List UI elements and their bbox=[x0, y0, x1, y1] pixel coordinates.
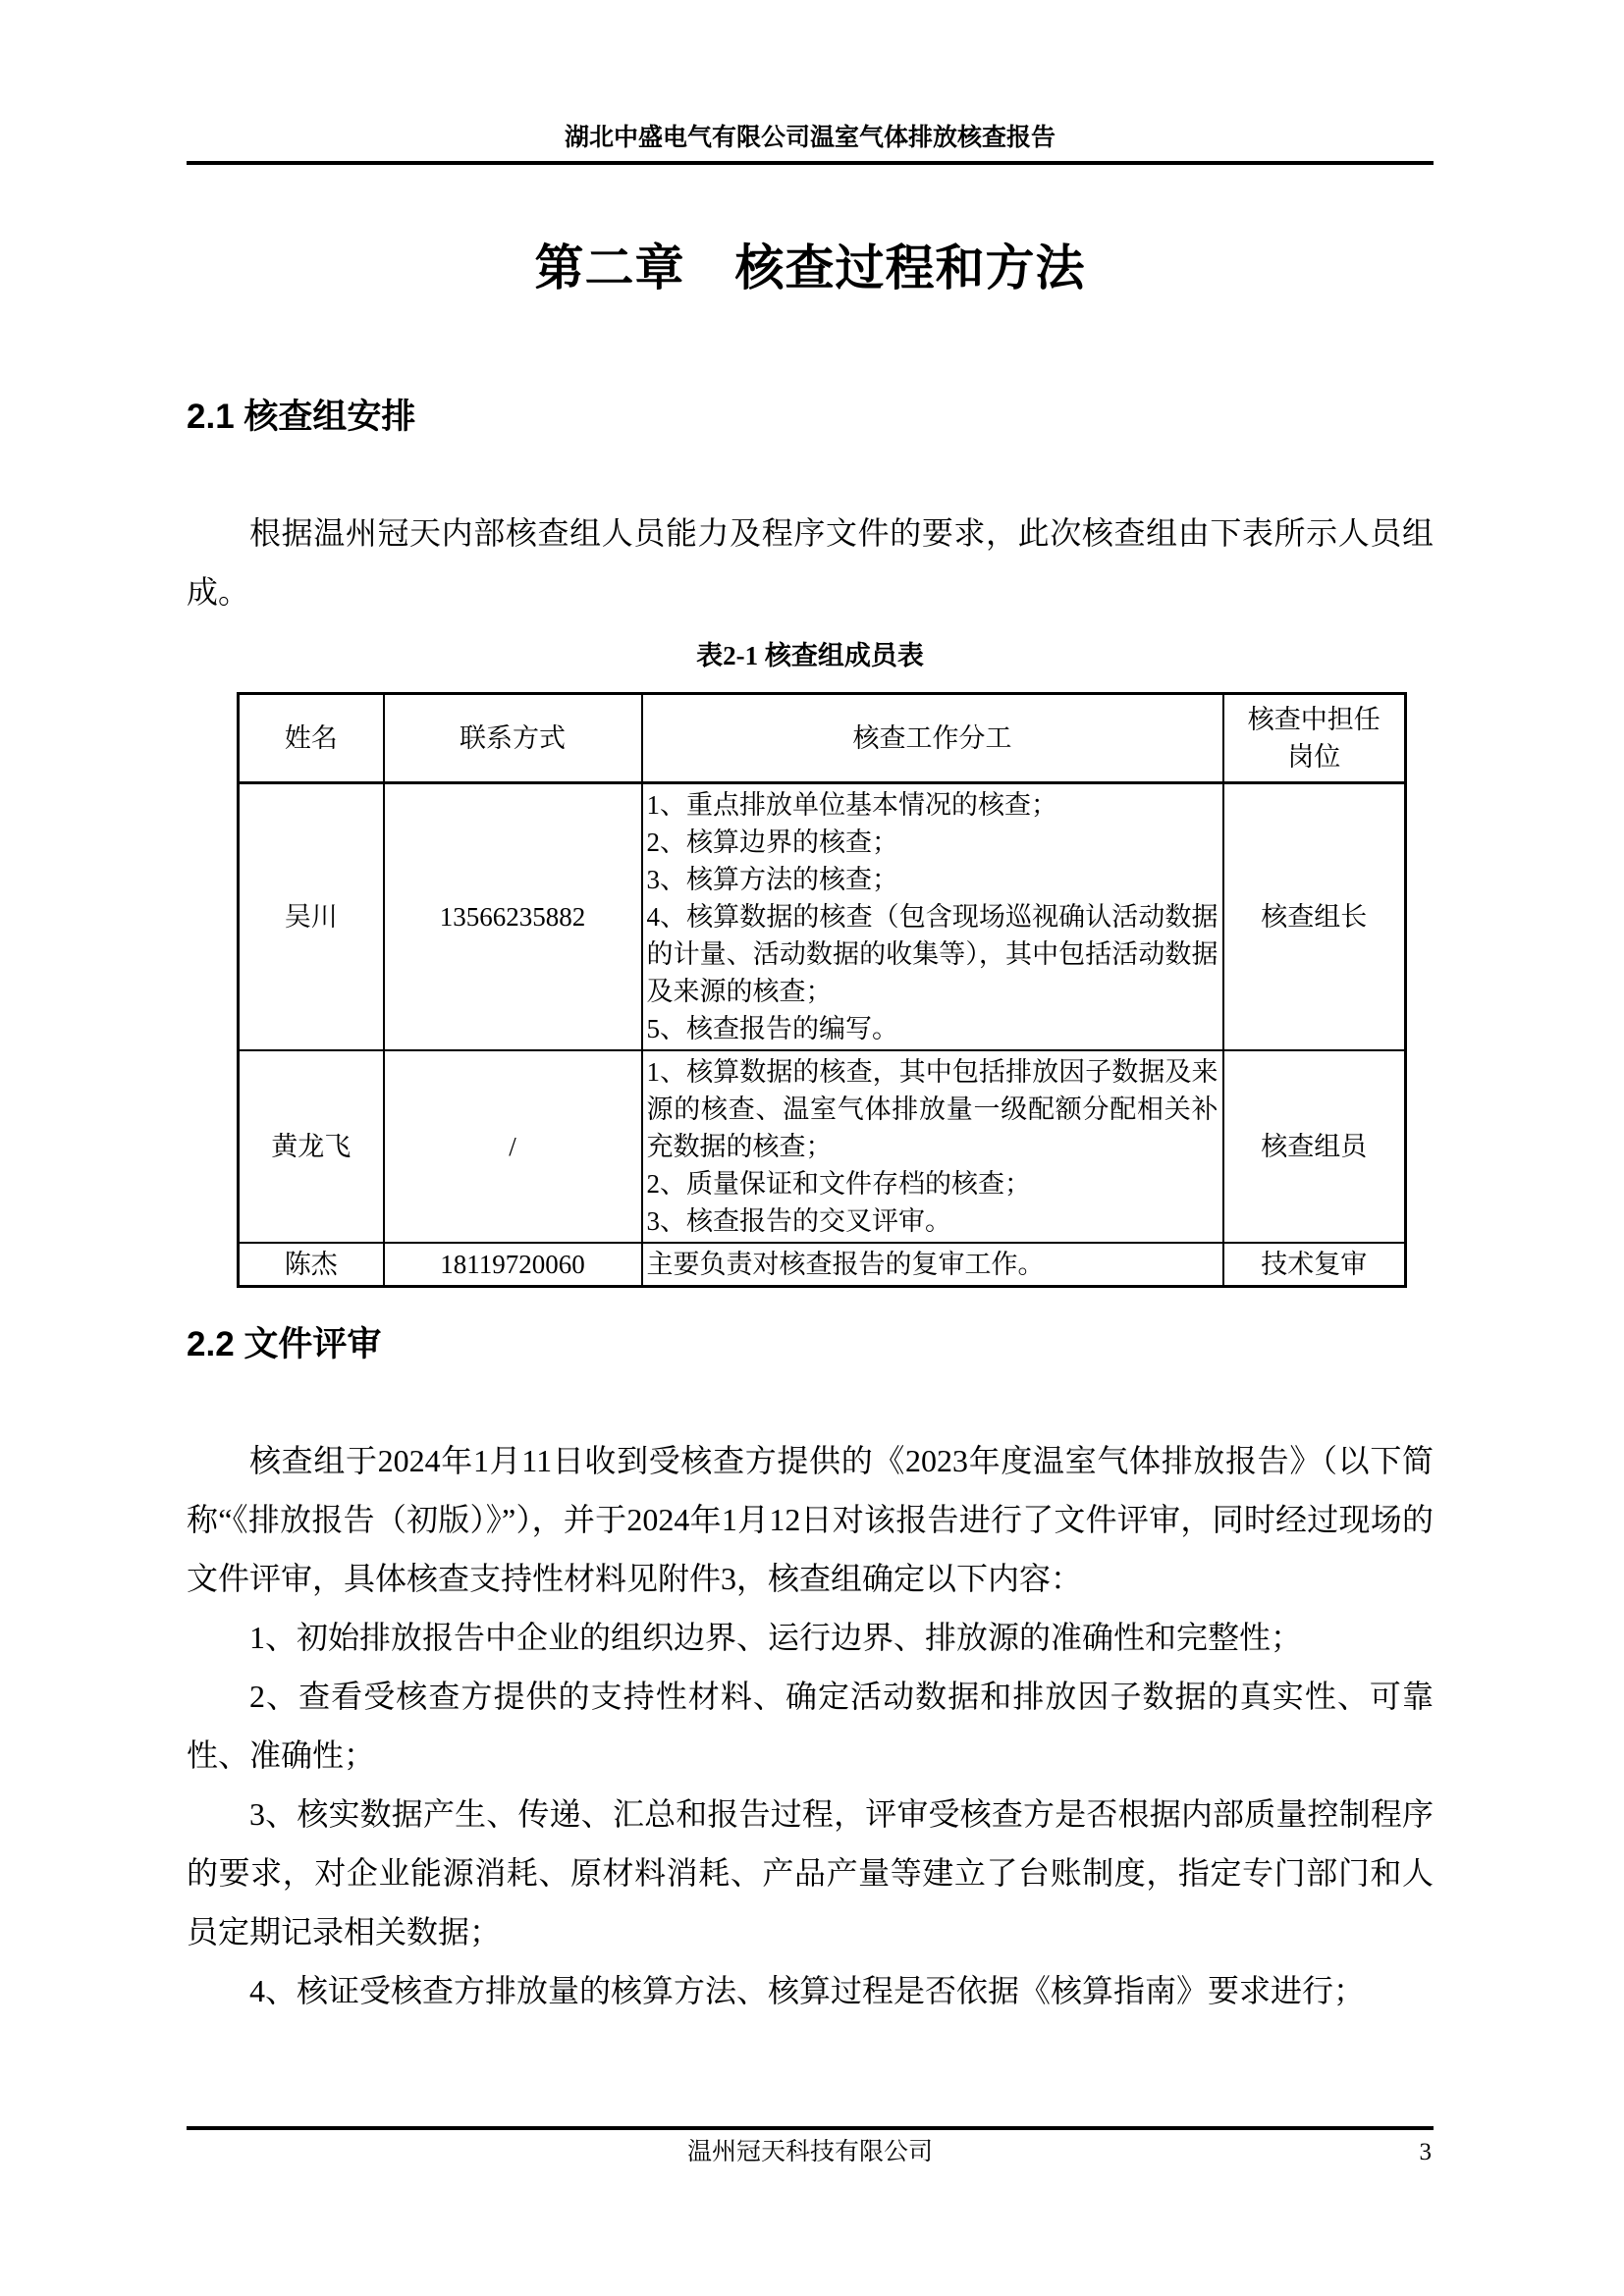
header-divider bbox=[187, 161, 1434, 165]
table-row: 吴川 13566235882 1、重点排放单位基本情况的核查； 2、核算边界的核… bbox=[239, 783, 1406, 1051]
table-row: 黄龙飞 / 1、核算数据的核查，其中包括排放因子数据及来源的核查、温室气体排放量… bbox=[239, 1050, 1406, 1243]
page-number: 3 bbox=[1420, 2137, 1433, 2168]
page-footer: 温州冠天科技有限公司 3 bbox=[187, 2126, 1434, 2168]
running-header-title: 湖北中盛电气有限公司温室气体排放核查报告 bbox=[187, 0, 1434, 153]
member-name: 吴川 bbox=[239, 783, 384, 1051]
member-duties: 主要负责对核查报告的复审工作。 bbox=[642, 1243, 1223, 1287]
member-name: 陈杰 bbox=[239, 1243, 384, 1287]
section-heading-2-1: 2.1 核查组安排 bbox=[187, 396, 1434, 439]
column-header-role: 核查中担任 岗位 bbox=[1223, 694, 1406, 783]
table-header-row: 姓名 联系方式 核查工作分工 核查中担任 岗位 bbox=[239, 694, 1406, 783]
column-header-name: 姓名 bbox=[239, 694, 384, 783]
page-content: 湖北中盛电气有限公司温室气体排放核查报告 第二章 核查过程和方法 2.1 核查组… bbox=[187, 0, 1434, 2020]
footer-divider bbox=[187, 2126, 1434, 2130]
member-contact: / bbox=[384, 1050, 642, 1243]
table-row: 陈杰 18119720060 主要负责对核查报告的复审工作。 技术复审 bbox=[239, 1243, 1406, 1287]
document-page: 湖北中盛电气有限公司温室气体排放核查报告 第二章 核查过程和方法 2.1 核查组… bbox=[0, 0, 1624, 2296]
member-contact: 13566235882 bbox=[384, 783, 642, 1051]
column-header-duties: 核查工作分工 bbox=[642, 694, 1223, 783]
numbered-item-4: 4、核证受核查方排放量的核算方法、核算过程是否依据《核算指南》要求进行； bbox=[187, 1961, 1434, 2020]
table-caption: 表2-1 核查组成员表 bbox=[187, 639, 1434, 672]
numbered-item-3: 3、核实数据产生、传递、汇总和报告过程，评审受核查方是否根据内部质量控制程序的要… bbox=[187, 1785, 1434, 1961]
footer-row: 温州冠天科技有限公司 3 bbox=[187, 2137, 1434, 2168]
chapter-title: 第二章 核查过程和方法 bbox=[187, 239, 1434, 297]
footer-company-name: 温州冠天科技有限公司 bbox=[187, 2137, 1434, 2168]
member-contact: 18119720060 bbox=[384, 1243, 642, 1287]
member-role: 技术复审 bbox=[1223, 1243, 1406, 1287]
numbered-item-2: 2、查看受核查方提供的支持性材料、确定活动数据和排放因子数据的真实性、可靠性、准… bbox=[187, 1667, 1434, 1785]
member-name: 黄龙飞 bbox=[239, 1050, 384, 1243]
section-2-2-paragraph: 核查组于2024年1月11日收到受核查方提供的《2023年度温室气体排放报告》（… bbox=[187, 1431, 1434, 1608]
numbered-item-1: 1、初始排放报告中企业的组织边界、运行边界、排放源的准确性和完整性； bbox=[187, 1608, 1434, 1667]
section-2-1-paragraph: 根据温州冠天内部核查组人员能力及程序文件的要求，此次核查组由下表所示人员组成。 bbox=[187, 504, 1434, 621]
member-role: 核查组员 bbox=[1223, 1050, 1406, 1243]
member-duties: 1、核算数据的核查，其中包括排放因子数据及来源的核查、温室气体排放量一级配额分配… bbox=[642, 1050, 1223, 1243]
column-header-contact: 联系方式 bbox=[384, 694, 642, 783]
section-heading-2-2: 2.2 文件评审 bbox=[187, 1323, 1434, 1366]
member-role: 核查组长 bbox=[1223, 783, 1406, 1051]
member-duties: 1、重点排放单位基本情况的核查； 2、核算边界的核查； 3、核算方法的核查； 4… bbox=[642, 783, 1223, 1051]
verification-team-table: 姓名 联系方式 核查工作分工 核查中担任 岗位 吴川 13566235882 1… bbox=[237, 692, 1407, 1288]
